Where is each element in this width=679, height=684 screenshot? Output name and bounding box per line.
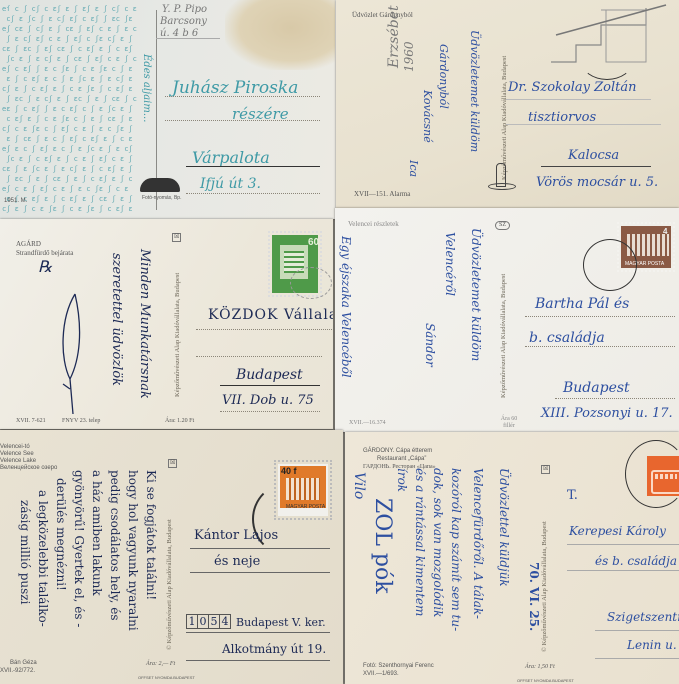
address-line-3: Budapest (563, 380, 630, 396)
publisher-logo (140, 178, 180, 192)
postal-mark: ☒ (172, 233, 181, 242)
address-line-1: Bartha Pál és (535, 296, 629, 312)
card-subtitle-en: Restaurant „Cápa” (377, 456, 426, 463)
message-line-4: Ica (407, 160, 420, 177)
address-dotted-line-4 (220, 411, 320, 412)
publisher-imprint: © Képzőművészeti Alap Kiadóvállalata, Bu… (166, 519, 173, 650)
address-line-street: Alkotmány út 19. (222, 642, 326, 656)
card-price: Ára: 1.20 Ft (165, 418, 194, 425)
address-line-3: Szigetszentm... (607, 610, 679, 624)
address-line-rule-3 (186, 632, 330, 633)
message-column-8: zásig millió puszi (18, 500, 32, 604)
pencil-note: Erzsébet (386, 5, 402, 68)
card-code: XVII. 7-621 (16, 418, 46, 425)
address-line-2: és neje (214, 554, 260, 569)
address-dotted-line-1 (165, 96, 320, 97)
address-line-4: VII. Dob u. 75 (222, 393, 314, 408)
publisher-imprint: © Képzőművészeti Alap Kiadóvállalata, Bu… (541, 521, 548, 652)
message-line-3: Kovácsné (421, 90, 434, 143)
message-line-1: Egy éjszaka Velencéből (339, 236, 353, 378)
message-column-1: Ki se fogjátok találni! (144, 470, 158, 600)
address-dotted-line-2 (525, 346, 675, 347)
postal-code-digit: 5 (209, 614, 220, 629)
message-column-8: Vilo (351, 472, 367, 499)
caption-ru: Веленцейское озеро (0, 465, 57, 472)
postmark (583, 239, 637, 291)
publisher-logo-caption: Fotó-nyomás, Bp. (142, 196, 181, 202)
postmark (290, 267, 332, 299)
caption-hu: Velencei-tó (0, 444, 30, 451)
address-line-4: Vörös mocsár u. 5. (536, 175, 658, 190)
message-line-2: szeretettel üdvözlök (109, 253, 124, 386)
message-line-2: Üdvözletemet küldöm (469, 228, 483, 361)
caption-en: Velence Lake (0, 458, 36, 465)
address-line-rule-2 (506, 124, 661, 125)
card-series: FNYV 23. telep (62, 418, 100, 425)
address-line-rule-3 (541, 166, 651, 167)
message-line-1: Üdvözletemet küldöm (468, 30, 481, 152)
stain (225, 0, 335, 70)
date-note: 70. VI. 25. (527, 562, 541, 631)
address-line-4: XIII. Pozsonyi u. 17. (541, 406, 673, 421)
card-price: Ára 60 fillér (495, 416, 523, 430)
caption-de: Velence See (0, 451, 34, 458)
address-dotted-line-1 (196, 329, 332, 330)
publisher-lamp-base (488, 183, 516, 190)
postcard-top-left: eſ c ʃ cʃ c ɛʃ ɛ ʃ ɛʃ ɛ ʃ cʃ c ɛ cʃ ɛ ʃc… (0, 0, 336, 219)
postal-mark: ☒ (541, 465, 550, 474)
address-line-rule-4 (595, 658, 679, 659)
address-dotted-line-1 (525, 316, 675, 317)
initial-scribble: ℞ (38, 257, 52, 276)
address-line-city: Budapest V. ker. (236, 616, 326, 629)
postcard-middle-right: Velencei részletek SZ Képzőművészeti Ala… (335, 208, 679, 432)
postcard-bottom-left: Velencei-tó Velence See Velence Lake Вел… (0, 430, 343, 684)
address-line-rule-4 (186, 660, 330, 661)
message-column-7: ZOL pók (370, 498, 395, 594)
postmark (625, 440, 679, 508)
printer-imprint: OFFSET NYOMDA BUDAPEST (517, 679, 574, 684)
message-line-2: Gárdonyból (437, 44, 450, 109)
address-line-1: Dr. Szokolay Zoltán (508, 80, 637, 95)
postal-mark: SZ (495, 221, 510, 230)
publisher-imprint: Képzőművészeti Alap Kiadóvállalata, Buda… (500, 274, 507, 398)
message-column-3: kozóról kap számít sem tu- (449, 468, 463, 631)
message-column-7: a legközelebbi találko- (36, 490, 50, 627)
address-dotted-line-3 (555, 398, 675, 399)
postcard-top-right: Üdvözlet Gárdonyból Képzőművészeti Alap … (336, 0, 679, 208)
message-column-5: gyönyörű! Gyertek el, és - (72, 470, 86, 627)
card-code: XVII—151. Alarma (354, 190, 410, 198)
card-caption: Üdvözlet Gárdonyból (352, 11, 413, 19)
publisher-imprint: Képzőművészeti Alap Kiadóvállalata, Buda… (501, 56, 508, 180)
side-greeting: Édes aljaim... (141, 54, 152, 122)
postcard-bottom-right: GÁRDONY. Cápa étterem Restaurant „Cápa” … (345, 432, 679, 684)
address-line-rule-2 (567, 570, 679, 571)
sender-underline (156, 38, 220, 39)
address-dotted-line-2 (196, 356, 322, 357)
address-dotted-line-2 (165, 120, 320, 121)
message-column-5: és a rántással kimentem (413, 468, 427, 616)
card-title: AGÁRD (16, 240, 41, 248)
postal-code-digit: 1 (186, 614, 198, 629)
pencil-note-year: 1960 (402, 41, 416, 72)
address-line-2: tisztiorvos (528, 110, 596, 125)
signature-scribble (55, 289, 95, 419)
postal-mark: ☒ (168, 459, 177, 468)
postcard-middle-left: AGÁRD Strandfürdő bejárata ☒ Képzőművész… (0, 219, 333, 429)
sender-line-1: Y. P. Pipo (162, 4, 207, 15)
address-line-3: Várpalota (192, 148, 270, 167)
address-line-rule-1 (506, 99, 651, 100)
card-subtitle: Strandfürdő bejárata (16, 249, 73, 257)
address-line-rule-3 (595, 630, 679, 631)
message-line-3: Velencéről (443, 232, 457, 296)
message-column-6: derülés megnézni! (54, 478, 68, 591)
address-line-rule-2 (190, 572, 330, 573)
card-title: GÁRDONY. Cápa étterem (363, 448, 432, 455)
address-underline-3 (186, 166, 320, 167)
message-column-4: a ház amiben lakunk (90, 470, 104, 596)
message-column-6: írok (395, 468, 409, 492)
address-line-1: Juhász Piroska (172, 78, 298, 98)
printer-imprint: OFFSET NYOMDA BUDAPEST (138, 676, 195, 681)
card-price: Ára: 1,50 Ft (525, 664, 555, 671)
message-line-1: Minden Munkatársnak (137, 249, 152, 399)
address-line-2: b. családja (529, 330, 605, 346)
message-column-4: dok, sok van mozgolódik (431, 468, 445, 617)
message-column-2: hogy hol vagyunk nyaralni (126, 470, 140, 631)
photo-credit: Bán Géza (10, 660, 37, 667)
address-line-3: Budapest (236, 367, 303, 383)
address-line-1: Kántor Lajos (194, 528, 278, 543)
address-line-2: és b. családja (595, 554, 677, 568)
message-line-4: Sándor (423, 323, 437, 367)
stamp-value: 60 (308, 237, 319, 248)
postmark (581, 42, 633, 80)
card-caption: Velencei részletek (348, 220, 399, 228)
card-price: Ára: 2,— Ft (146, 661, 175, 668)
card-code: XVII.—1/693. (363, 671, 399, 678)
bleed-through-writing: eſ c ʃ cʃ c ɛʃ ɛ ʃ ɛʃ ɛ ʃ cʃ c ɛ cʃ ɛ ʃc… (2, 4, 137, 214)
photo-credit: Fotó: Szenthornyai Ferenc (363, 663, 434, 670)
message-column-2: Velencefürdőről. A tálak- (471, 468, 485, 619)
stamp-value: 40 f (281, 466, 297, 476)
card-code: XVII.—16.374 (349, 420, 386, 427)
address-underline-3 (220, 385, 320, 386)
sender-line-2: Barcsony (160, 16, 207, 27)
address-line-4: Lenin u. (627, 638, 677, 652)
publisher-imprint: Képzőművészeti Alap Kiadóvállalata, Buda… (174, 273, 181, 397)
address-prefix: T. (567, 488, 578, 503)
address-dotted-line-4 (186, 193, 320, 194)
address-line-1: Kerepesi Károly (569, 524, 666, 538)
card-code: XVII.-92/772. (0, 668, 35, 675)
postal-code-boxes: 1 0 5 4 (186, 614, 231, 629)
address-line-3: Kalocsa (568, 148, 619, 163)
stamp-value: 4 (663, 227, 667, 236)
address-line-rule-1 (567, 544, 679, 545)
address-line-4: Ifjú út 3. (200, 176, 261, 192)
message-column-3: pedig csodálatos hely, és (108, 470, 122, 621)
postmark (252, 482, 326, 556)
postal-code-digit: 4 (220, 614, 231, 629)
postal-code-digit: 0 (198, 614, 209, 629)
address-line-1: KÖZDOK Vállalat (208, 307, 333, 323)
address-line-rule-1 (190, 548, 330, 549)
card-code: 1951. M. (4, 198, 27, 205)
message-column-1: Üdvözlettel küldjük (497, 468, 511, 587)
